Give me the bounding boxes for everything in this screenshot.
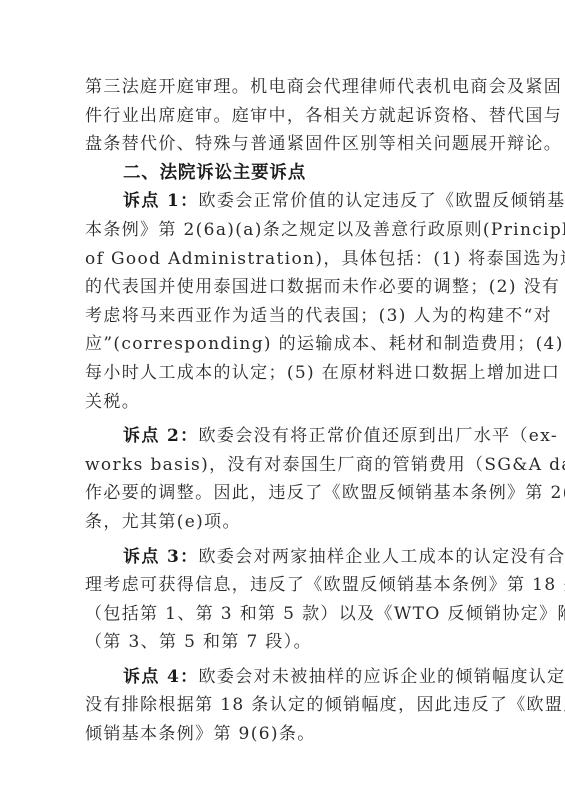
point-line: 倾销基本条例》第 9(6)条。	[85, 720, 483, 749]
point-line: 作必要的调整。因此，违反了《欧盟反倾销基本条例》第 2(10)	[85, 479, 483, 508]
point-line: 条，尤其第(e)项。	[85, 508, 483, 537]
intro-line: 件行业出席庭审。庭审中，各相关方就起诉资格、替代国与	[85, 102, 483, 131]
intro-paragraph: 第三法庭开庭审理。机电商会代理律师代表机电商会及紧固 件行业出席庭审。庭审中，各…	[85, 73, 483, 159]
point-1-paragraph: 诉点 1：欧委会正常价值的认定违反了《欧盟反倾销基 本条例》第 2(6a)(a)…	[85, 187, 483, 416]
point-line: 关税。	[85, 388, 483, 417]
point-text: 欧委会正常价值的认定违反了《欧盟反倾销基	[199, 191, 565, 211]
point-line: 的代表国并使用泰国进口数据而未作必要的调整；(2) 没有	[85, 273, 483, 302]
point-text: 欧委会对两家抽样企业人工成本的认定没有合	[199, 547, 565, 567]
point-line: 理考虑可获得信息，违反了《欧盟反倾销基本条例》第 18 条	[85, 571, 483, 600]
point-label: 诉点 4：	[123, 667, 199, 687]
point-4-paragraph: 诉点 4：欧委会对未被抽样的应诉企业的倾销幅度认定 没有排除根据第 18 条认定…	[85, 663, 483, 749]
intro-line: 盘条替代价、特殊与普通紧固件区别等相关问题展开辩论。	[85, 130, 483, 159]
section-heading: 二、法院诉讼主要诉点	[85, 159, 483, 188]
point-3-paragraph: 诉点 3：欧委会对两家抽样企业人工成本的认定没有合 理考虑可获得信息，违反了《欧…	[85, 543, 483, 657]
point-line: 应”(corresponding) 的运输成本、耗材和制造费用；(4)	[85, 330, 483, 359]
point-line: 本条例》第 2(6a)(a)条之规定以及善意行政原则(Principle	[85, 216, 483, 245]
point-line: （包括第 1、第 3 和第 5 款）以及《WTO 反倾销协定》附件二	[85, 600, 483, 629]
point-line: 每小时人工成本的认定；(5) 在原材料进口数据上增加进口	[85, 359, 483, 388]
point-label: 诉点 1：	[123, 191, 199, 211]
point-label: 诉点 2：	[123, 426, 199, 446]
point-line: 考虑将马来西亚作为适当的代表国；(3) 人为的构建不“对	[85, 302, 483, 331]
document-page: 第三法庭开庭审理。机电商会代理律师代表机电商会及紧固 件行业出席庭审。庭审中，各…	[85, 73, 483, 749]
point-line: of Good Administration)，具体包括：(1) 将泰国选为适当	[85, 245, 483, 274]
point-text: 欧委会对未被抽样的应诉企业的倾销幅度认定	[199, 667, 565, 687]
point-2-paragraph: 诉点 2：欧委会没有将正常价值还原到出厂水平（ex- works basis)，…	[85, 422, 483, 536]
intro-line: 第三法庭开庭审理。机电商会代理律师代表机电商会及紧固	[85, 73, 483, 102]
point-line: works basis)，没有对泰国生厂商的管销费用（SG&A data）	[85, 451, 483, 480]
point-line: （第 3、第 5 和第 7 段）。	[85, 628, 483, 657]
point-text: 欧委会没有将正常价值还原到出厂水平（ex-	[199, 426, 558, 446]
point-line: 没有排除根据第 18 条认定的倾销幅度，因此违反了《欧盟反	[85, 691, 483, 720]
point-label: 诉点 3：	[123, 547, 199, 567]
